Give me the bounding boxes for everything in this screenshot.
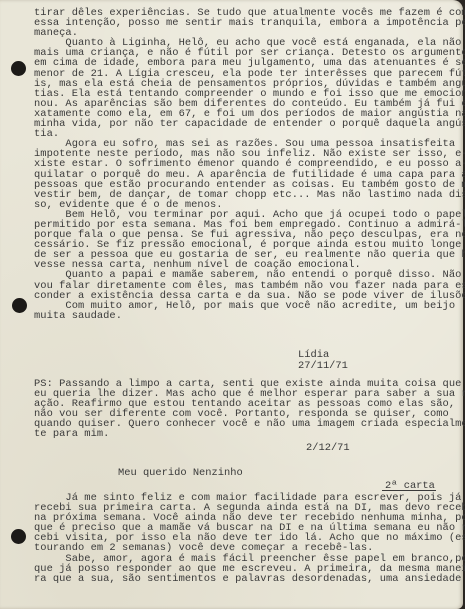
postscript-body: PS: Passando a limpo a carta, senti que …	[34, 379, 434, 440]
punch-hole	[11, 61, 26, 76]
label-underline	[382, 490, 436, 491]
letter-1-body: tirar dêles experiências. Se tudo que at…	[34, 8, 434, 321]
postscript-date: 2/12/71	[306, 442, 350, 454]
signature-date: 27/11/71	[298, 360, 348, 372]
punch-hole	[12, 298, 27, 313]
letter-2-body: Já me sinto feliz e com maior facilidade…	[34, 493, 434, 584]
letter-page: tirar dêles experiências. Se tudo que at…	[0, 0, 463, 609]
text-line: essa intenção, posso me sentir mais tran…	[34, 18, 434, 28]
text-line: muita saudade.	[34, 311, 434, 321]
text-line: minha vida, por não ter capacidade de en…	[34, 119, 434, 129]
letter-2-greeting: Meu querido Nenzinho	[118, 467, 243, 479]
text-line: te para mim.	[34, 429, 434, 439]
text-line: xiste estar. O sofrimento émenor quando …	[34, 159, 434, 169]
punch-hole	[11, 529, 26, 544]
text-line: ra que a sua, são sentimentos e palavras…	[34, 574, 434, 584]
